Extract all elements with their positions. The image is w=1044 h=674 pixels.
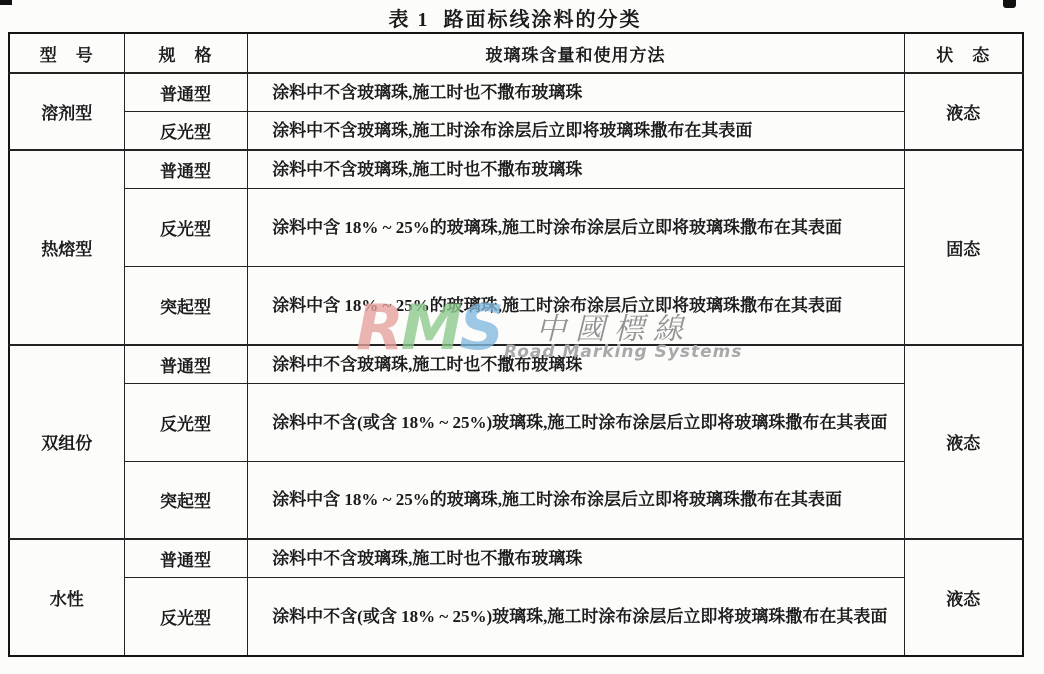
header-row: 型 号 规 格 玻璃珠含量和使用方法 状 态 [9, 33, 1023, 73]
desc-cell: 涂料中不含(或含 18% ~ 25%)玻璃珠,施工时涂布涂层后立即将玻璃珠撒布在… [247, 383, 904, 461]
spec-cell: 反光型 [124, 578, 247, 656]
desc-cell: 涂料中含 18% ~ 25%的玻璃珠,施工时涂布涂层后立即将玻璃珠撒布在其表面 [247, 267, 904, 345]
spec-cell: 反光型 [124, 189, 247, 267]
table-row: 反光型 涂料中不含(或含 18% ~ 25%)玻璃珠,施工时涂布涂层后立即将玻璃… [9, 578, 1023, 656]
desc-cell: 涂料中不含(或含 18% ~ 25%)玻璃珠,施工时涂布涂层后立即将玻璃珠撒布在… [247, 578, 904, 656]
spec-cell: 突起型 [124, 267, 247, 345]
desc-cell: 涂料中不含玻璃珠,施工时也不撒布玻璃珠 [247, 73, 904, 112]
state-cell: 固态 [904, 150, 1023, 345]
spec-cell: 反光型 [124, 112, 247, 151]
state-cell: 液态 [904, 345, 1023, 540]
desc-cell: 涂料中不含玻璃珠,施工时也不撒布玻璃珠 [247, 539, 904, 578]
table-row: 反光型 涂料中不含玻璃珠,施工时涂布涂层后立即将玻璃珠撒布在其表面 [9, 112, 1023, 151]
desc-cell: 涂料中不含玻璃珠,施工时也不撒布玻璃珠 [247, 345, 904, 384]
spec-cell: 普通型 [124, 73, 247, 112]
spec-cell: 普通型 [124, 539, 247, 578]
model-cell-solvent: 溶剂型 [9, 73, 124, 150]
table-row: 突起型 涂料中含 18% ~ 25%的玻璃珠,施工时涂布涂层后立即将玻璃珠撒布在… [9, 267, 1023, 345]
col-header-spec: 规 格 [124, 33, 247, 73]
desc-cell: 涂料中不含玻璃珠,施工时也不撒布玻璃珠 [247, 150, 904, 189]
spec-cell: 普通型 [124, 150, 247, 189]
col-header-state: 状 态 [904, 33, 1023, 73]
spec-cell: 普通型 [124, 345, 247, 384]
desc-cell: 涂料中含 18% ~ 25%的玻璃珠,施工时涂布涂层后立即将玻璃珠撒布在其表面 [247, 189, 904, 267]
state-cell: 液态 [904, 73, 1023, 150]
table-row: 反光型 涂料中含 18% ~ 25%的玻璃珠,施工时涂布涂层后立即将玻璃珠撒布在… [9, 189, 1023, 267]
table-row: 热熔型 普通型 涂料中不含玻璃珠,施工时也不撒布玻璃珠 固态 [9, 150, 1023, 189]
table-row: 双组份 普通型 涂料中不含玻璃珠,施工时也不撒布玻璃珠 液态 [9, 345, 1023, 384]
table-row: 水性 普通型 涂料中不含玻璃珠,施工时也不撒布玻璃珠 液态 [9, 539, 1023, 578]
table-row: 突起型 涂料中含 18% ~ 25%的玻璃珠,施工时涂布涂层后立即将玻璃珠撒布在… [9, 461, 1023, 539]
model-cell-water-based: 水性 [9, 539, 124, 656]
col-header-model: 型 号 [9, 33, 124, 73]
model-cell-hot-melt: 热熔型 [9, 150, 124, 345]
col-header-content: 玻璃珠含量和使用方法 [247, 33, 904, 73]
desc-cell: 涂料中含 18% ~ 25%的玻璃珠,施工时涂布涂层后立即将玻璃珠撒布在其表面 [247, 461, 904, 539]
table-row: 反光型 涂料中不含(或含 18% ~ 25%)玻璃珠,施工时涂布涂层后立即将玻璃… [9, 383, 1023, 461]
spec-cell: 突起型 [124, 461, 247, 539]
table-title: 表 1 路面标线涂料的分类 [8, 3, 1022, 32]
road-marking-paint-classification-table: 型 号 规 格 玻璃珠含量和使用方法 状 态 溶剂型 普通型 涂料中不含玻璃珠,… [8, 32, 1024, 657]
model-cell-two-component: 双组份 [9, 345, 124, 540]
desc-cell: 涂料中不含玻璃珠,施工时涂布涂层后立即将玻璃珠撒布在其表面 [247, 112, 904, 151]
spec-cell: 反光型 [124, 383, 247, 461]
state-cell: 液态 [904, 539, 1023, 656]
table-row: 溶剂型 普通型 涂料中不含玻璃珠,施工时也不撒布玻璃珠 液态 [9, 73, 1023, 112]
